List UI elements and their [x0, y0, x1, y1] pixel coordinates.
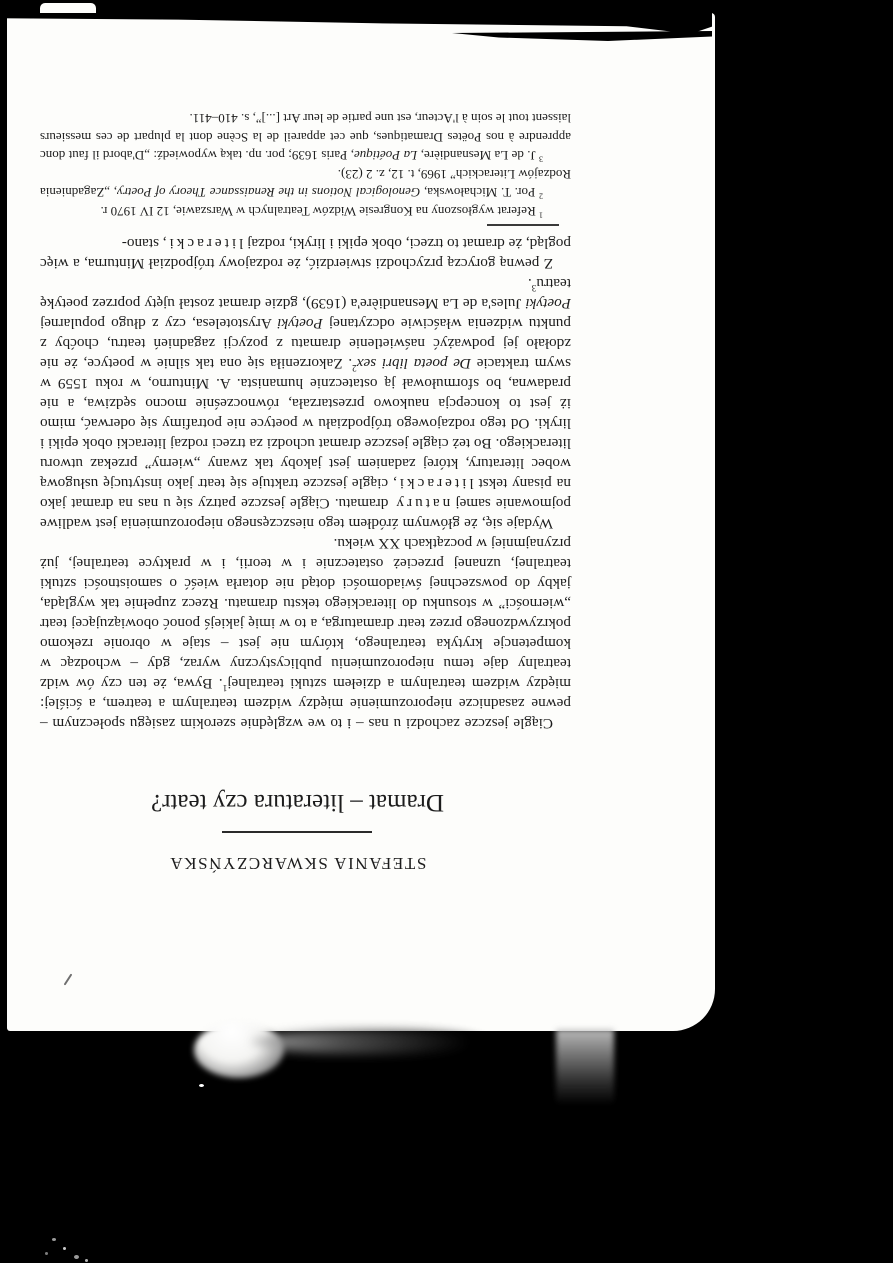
footnotes-block: 1 Referat wygłoszony na Kongresie Widzów… [40, 108, 571, 220]
scan-artifact-bottom-glow [194, 1022, 284, 1078]
page-title: Dramat – literatura czy teatr? [32, 788, 563, 816]
scan-artifact-speck [74, 1255, 79, 1259]
author-name: STEFANIA SKWARCZYŃSKA [32, 853, 563, 873]
scan-artifact-speck [52, 1238, 56, 1241]
paragraph-1: Ciągle jeszcze zachodzi u nas – i to we … [40, 533, 571, 733]
scanner-background: { "page": { "author": "STEFANIA SKWARCZY… [0, 0, 893, 1263]
heading-divider-rule [223, 831, 373, 833]
footnote-3: 3 J. de La Mesnandière, La Poétique, Par… [40, 108, 571, 164]
paragraph-3: Z pewną goryczą przychodzi stwierdzić, ż… [40, 233, 571, 273]
article-body: Ciągle jeszcze zachodzi u nas – i to we … [40, 233, 571, 733]
article-heading: STEFANIA SKWARCZYŃSKA Dramat – literatur… [32, 788, 563, 873]
scan-artifact-speck [63, 1247, 66, 1250]
scan-artifact-speck [45, 1252, 48, 1255]
scanned-page: STEFANIA SKWARCZYŃSKA Dramat – literatur… [7, 13, 715, 1031]
paragraph-2: Wydaje się, że głównym źródłem tego nies… [40, 273, 571, 533]
page-content-rotated-180: STEFANIA SKWARCZYŃSKA Dramat – literatur… [7, 13, 715, 1031]
footnote-1: 1 Referat wygłoszony na Kongresie Widzów… [40, 201, 571, 220]
scan-artifact-bottom-streak [556, 1029, 614, 1105]
footnote-2: 2 Por. T. Michałowska, Genological Notio… [40, 164, 571, 201]
scan-artifact-bottom-smear [252, 1030, 482, 1054]
scan-artifact-speck [85, 1259, 88, 1262]
footnote-separator-rule [487, 224, 559, 226]
scan-artifact-white-dot [199, 1084, 204, 1087]
